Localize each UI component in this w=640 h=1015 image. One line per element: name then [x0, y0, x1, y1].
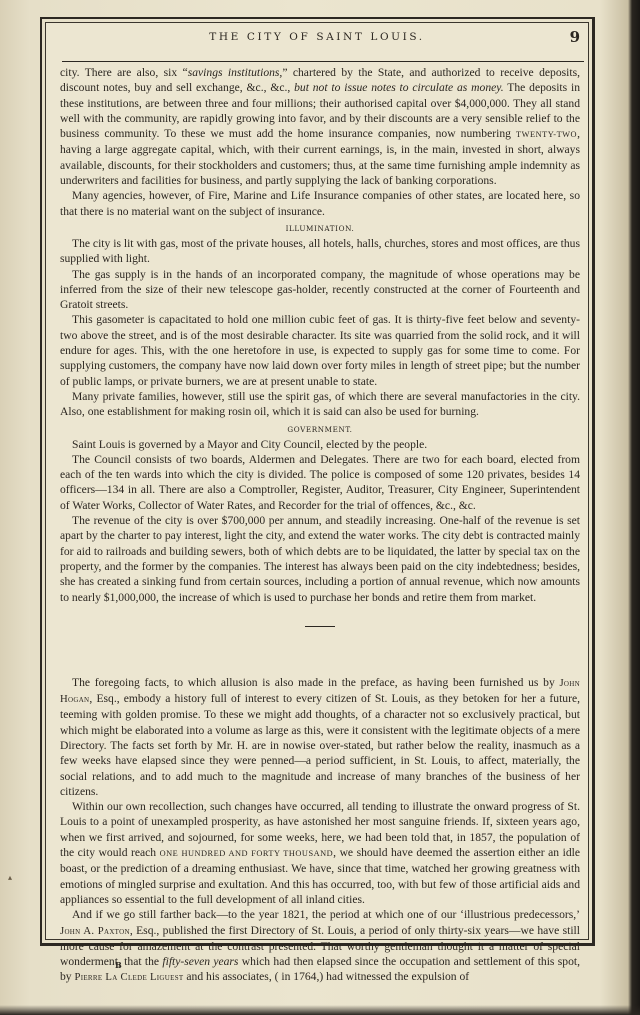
running-title: THE CITY OF SAINT LOUIS. [46, 31, 588, 43]
margin-mark: ▴ [8, 873, 12, 882]
illumination-paragraph: Many private families, however, still us… [60, 389, 580, 420]
header-rule [62, 61, 584, 62]
closing-paragraph-2: Within our own recollection, such change… [60, 799, 580, 907]
intro-paragraph-2: Many agencies, however, of Fire, Marine … [60, 188, 580, 219]
illumination-paragraph: The gas supply is in the hands of an inc… [60, 267, 580, 313]
section-separator [60, 605, 580, 675]
government-paragraph: Saint Louis is governed by a Mayor and C… [60, 437, 580, 452]
section-heading-illumination: ILLUMINATION. [60, 224, 580, 233]
illumination-paragraph: The city is lit with gas, most of the pr… [60, 236, 580, 267]
page-number: 9 [570, 28, 580, 46]
page-edge-shadow [0, 1005, 640, 1015]
intro-paragraph-1: city. There are also, six “savings insti… [60, 65, 580, 188]
body-text: city. There are also, six “savings insti… [60, 65, 580, 986]
government-paragraph: The Council consists of two boards, Alde… [60, 452, 580, 513]
section-heading-government: GOVERNMENT. [60, 425, 580, 434]
page-border-outer: THE CITY OF SAINT LOUIS. 9 city. There a… [40, 17, 595, 946]
closing-paragraph-1: The foregoing facts, to which allusion i… [60, 675, 580, 799]
illumination-paragraph: This gasometer is capacitated to hold on… [60, 312, 580, 388]
page-border-inner: THE CITY OF SAINT LOUIS. 9 city. There a… [45, 22, 589, 940]
separator-rule [305, 626, 335, 627]
closing-paragraph-3: And if we go still farther back—to the y… [60, 907, 580, 985]
running-head: THE CITY OF SAINT LOUIS. 9 [46, 23, 588, 56]
signature-mark: B [115, 960, 122, 970]
government-paragraph: The revenue of the city is over $700,000… [60, 513, 580, 605]
